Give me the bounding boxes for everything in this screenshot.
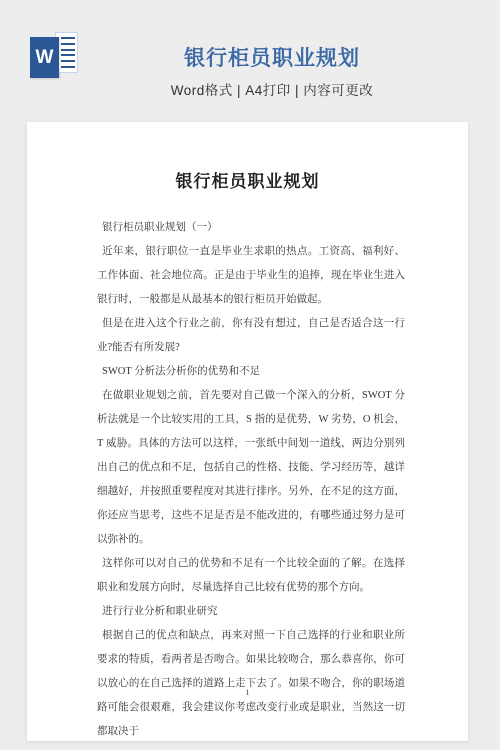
document-body: 银行柜员职业规划（一）近年来，银行职位一直是毕业生求职的热点。工资高、福利好、工… xyxy=(27,216,468,744)
document-title: 银行柜员职业规划 xyxy=(27,122,468,192)
paragraph: 这样你可以对自己的优势和不足有一个比较全面的了解。在选择职业和发展方向时，尽量选… xyxy=(97,552,405,600)
header-text-block: 银行柜员职业规划 Word格式 | A4打印 | 内容可更改 xyxy=(0,0,500,99)
paragraph: 银行柜员职业规划（一） xyxy=(97,216,405,240)
paragraph: 在做职业规划之前，首先要对自己做一个深入的分析，SWOT 分析法就是一个比较实用… xyxy=(97,384,405,552)
paragraph: 近年来，银行职位一直是毕业生求职的热点。工资高、福利好、工作体面、社会地位高。正… xyxy=(97,240,405,312)
template-meta: Word格式 | A4打印 | 内容可更改 xyxy=(44,79,500,99)
template-title: 银行柜员职业规划 xyxy=(44,42,500,72)
preview-header: W 银行柜员职业规划 Word格式 | A4打印 | 内容可更改 xyxy=(0,0,500,122)
paragraph: 根据自己的优点和缺点，再来对照一下自己选择的行业和职业所要求的特质，看两者是否吻… xyxy=(97,624,405,744)
paragraph: 进行行业分析和职业研究 xyxy=(97,600,405,624)
page-number: 1 xyxy=(27,688,468,697)
paragraph: 但是在进入这个行业之前，你有没有想过，自己是否适合这一行业?能否有所发展? xyxy=(97,312,405,360)
document-page[interactable]: 银行柜员职业规划 银行柜员职业规划（一）近年来，银行职位一直是毕业生求职的热点。… xyxy=(27,122,468,741)
paragraph: SWOT 分析法分析你的优势和不足 xyxy=(97,360,405,384)
